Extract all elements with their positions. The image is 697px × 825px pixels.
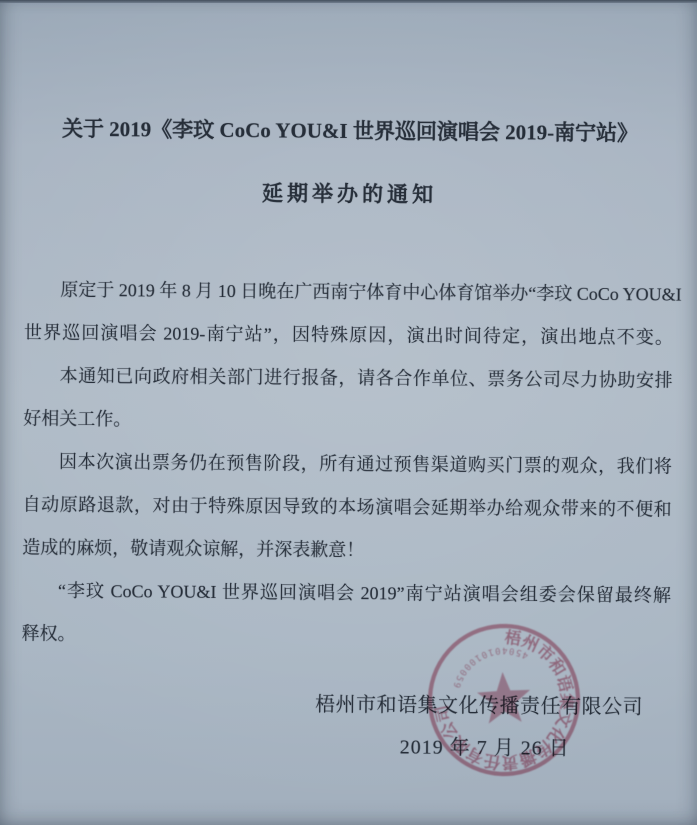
- notice-title-line-1: 关于 2019《李玟 CoCo YOU&I 世界巡回演唱会 2019-南宁站》: [25, 0, 675, 149]
- notice-body: 原定于 2019 年 8 月 10 日晚在广西南宁体育中心体育馆举办“李玟 Co…: [21, 268, 673, 660]
- seal-star-icon: [476, 671, 532, 724]
- notice-photo: 关于 2019《李玟 CoCo YOU&I 世界巡回演唱会 2019-南宁站》 …: [0, 0, 697, 825]
- paragraph-2-line-2: 好相关工作。: [23, 397, 672, 445]
- paragraph-3-line-3: 造成的麻烦，敬请观众谅解，并深表歉意！: [22, 526, 671, 574]
- paragraph-4-line-1: “李玟 CoCo YOU&I 世界巡回演唱会 2019”南宁站演唱会组委会保留最…: [22, 569, 671, 617]
- company-seal: 梧州市和语集文化传播责任有限公司 4504010100059: [420, 616, 588, 784]
- notice-title-line-2: 延期举办的通知: [25, 176, 674, 211]
- paragraph-3-line-1: 因本次演出票务仍在预售阶段，所有通过预售渠道购买门票的观众，我们将: [23, 440, 672, 488]
- photo-top-edge: [0, 0, 697, 3]
- paragraph-2-line-1: 本通知已向政府相关部门进行报备，请各合作单位、票务公司尽力协助安排: [23, 354, 672, 402]
- paragraph-1-line-1: 原定于 2019 年 8 月 10 日晚在广西南宁体育中心体育馆举办“李玟 Co…: [24, 268, 673, 316]
- paragraph-1-line-2: 世界巡回演唱会 2019-南宁站”，因特殊原因，演出时间待定，演出地点不变。: [24, 311, 673, 359]
- paragraph-3-line-2: 自动原路退款，对由于特殊原因导致的本场演唱会延期举办给观众带来的不便和: [22, 483, 671, 531]
- notice-document: 关于 2019《李玟 CoCo YOU&I 世界巡回演唱会 2019-南宁站》 …: [0, 0, 697, 825]
